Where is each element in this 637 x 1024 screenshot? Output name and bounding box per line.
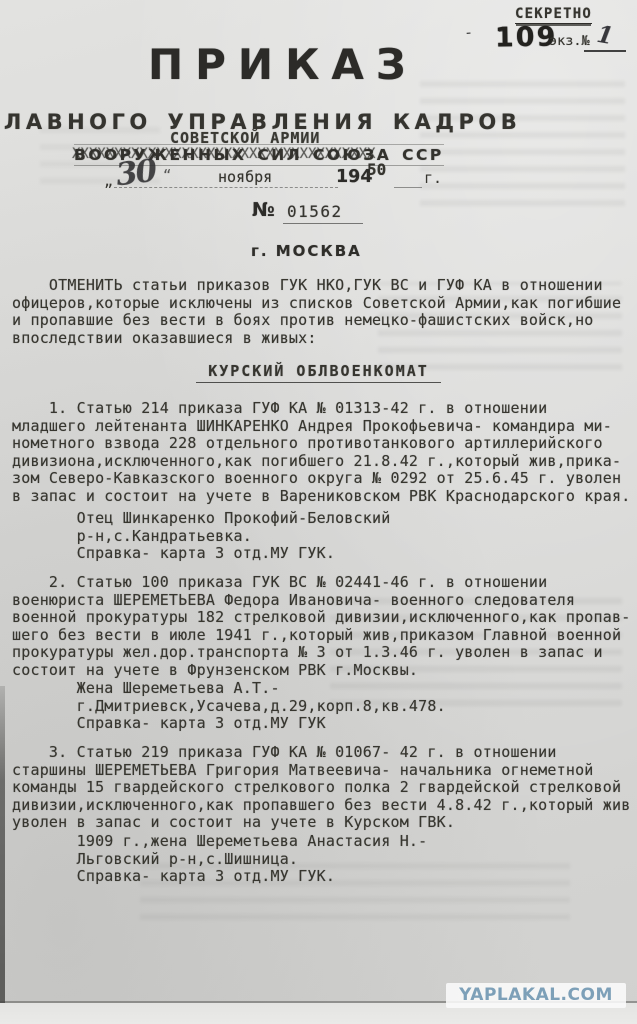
order-number-value: 01562 (287, 202, 343, 221)
order-number-rule (283, 223, 363, 224)
bleedthrough-smudge (420, 78, 625, 210)
copy-number-rule (584, 50, 626, 52)
order-item-1-note: Отец Шинкаренко Прокофий-Беловский р-н,с… (12, 510, 631, 563)
order-item-3-note: 1909 г.,жена Шереметьева Анастасия Н.- Л… (12, 833, 631, 886)
date-month: ноября (218, 168, 272, 186)
preamble-paragraph: ОТМЕНИТЬ статьи приказов ГУК НКО,ГУК ВС … (12, 277, 631, 347)
scan-left-edge-shadow (0, 686, 5, 1004)
fill-in-rule (394, 187, 422, 188)
order-item-1: 1. Статью 214 приказа ГУФ КА № 01313-42 … (12, 400, 631, 505)
document-title: ПРИКАЗ (148, 40, 418, 89)
fill-in-rule (114, 187, 338, 188)
open-quote: „ (104, 172, 113, 190)
section-heading: КУРСКИЙ ОБЛВОЕНКОМАТ (0, 361, 637, 383)
year-suffix: г. (424, 169, 442, 187)
city-line: г. МОСКВА (251, 242, 362, 260)
site-watermark: YAPLAKAL.COM (446, 983, 626, 1008)
handwritten-copy-number: 1 (595, 21, 615, 50)
close-quote: “ (163, 168, 171, 184)
typed-year-digits: 50 (367, 160, 386, 179)
order-item-2-note: Жена Шереметьева А.Т.- г.Дмитриевск,Усач… (12, 680, 631, 733)
copy-number-label: экз.№ (549, 33, 590, 49)
scanned-order-document: СЕКРЕТНО - - 109 экз.№ 1 ПРИКАЗ ГЛАВНОГО… (0, 0, 637, 1024)
order-item-2: 2. Статью 100 приказа ГУК ВС № 02441-46 … (12, 574, 631, 679)
section-heading-text: КУРСКИЙ ОБЛВОЕНКОМАТ (196, 362, 441, 383)
number-sign: № (252, 199, 275, 221)
order-item-3: 3. Статью 219 приказа ГУФ КА № 01067- 42… (12, 744, 631, 832)
